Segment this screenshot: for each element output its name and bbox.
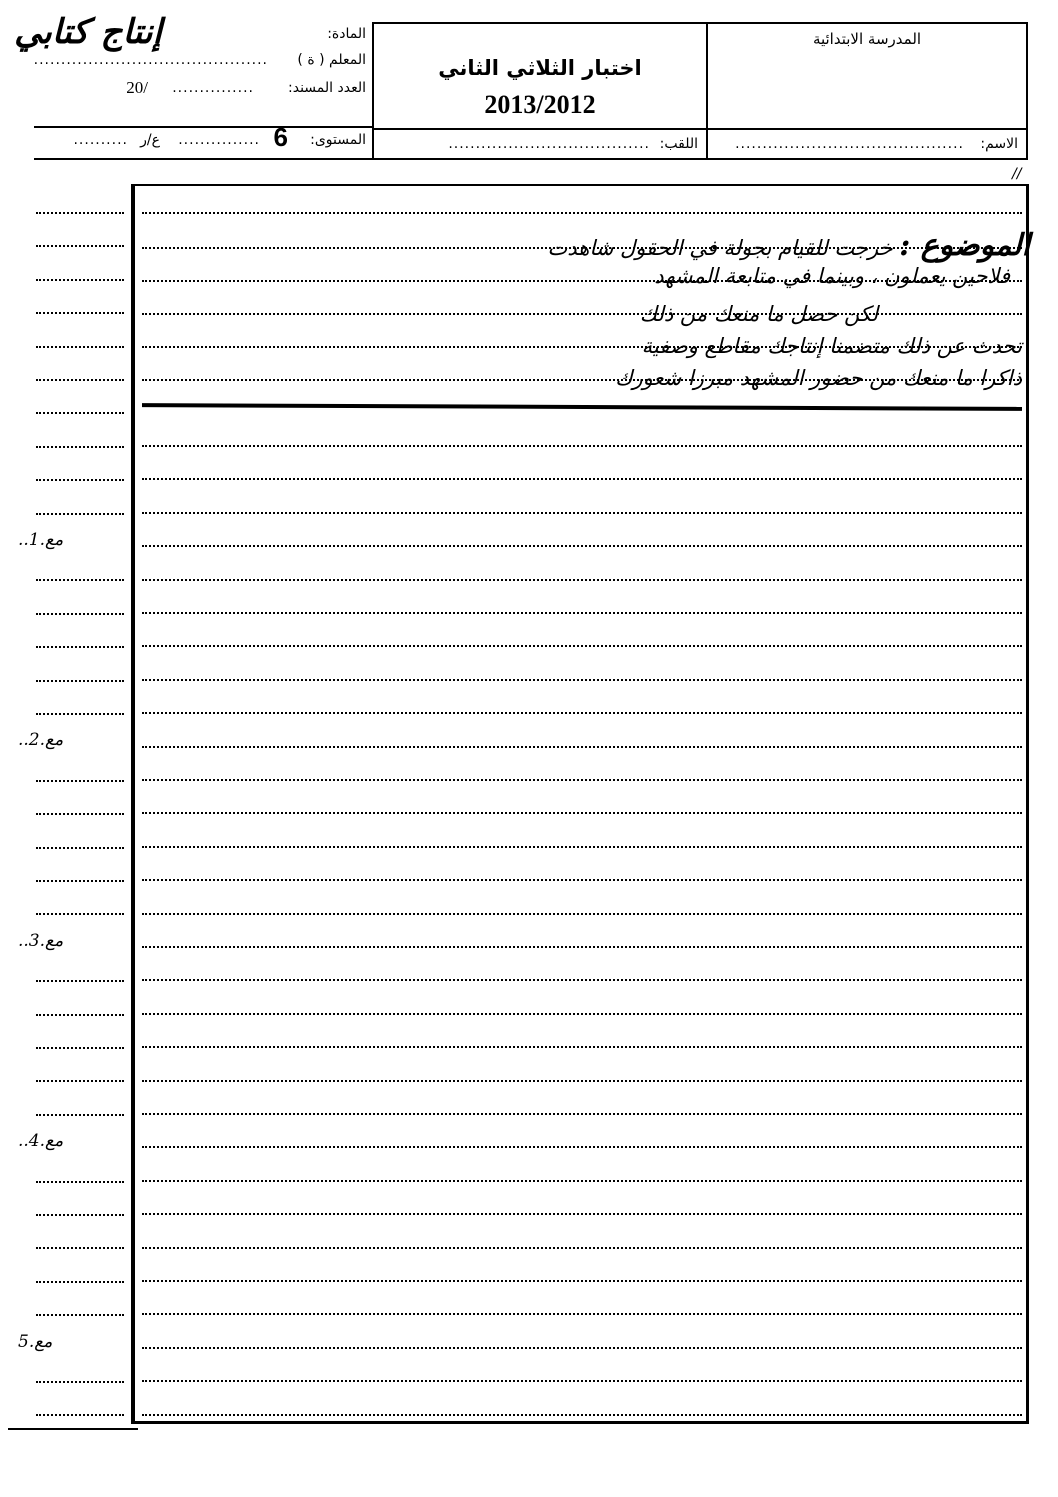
topic-line-1: الموضوع : خرجت للقيام بجولة في الحقول شا… (548, 228, 1031, 263)
margin-score-line[interactable] (36, 1402, 124, 1416)
margin-score-line[interactable] (36, 1068, 124, 1082)
corner-mark: // (1012, 166, 1021, 182)
margin-score-line[interactable] (36, 467, 124, 481)
margin-score-line[interactable] (36, 868, 124, 882)
margin-score-line[interactable] (36, 1002, 124, 1016)
answer-line[interactable] (142, 901, 1022, 915)
answer-line[interactable] (142, 734, 1022, 748)
margin-score-line[interactable] (36, 1369, 124, 1383)
margin-score-line[interactable] (36, 434, 124, 448)
answer-line[interactable] (142, 667, 1022, 681)
margin-score-line[interactable] (36, 968, 124, 982)
header-divider (374, 128, 706, 130)
criteria-label: ..2.مع (18, 730, 122, 750)
margin-score-line[interactable] (36, 1235, 124, 1249)
margin-score-line[interactable] (36, 267, 124, 281)
answer-line[interactable] (142, 1368, 1022, 1382)
answer-line[interactable] (142, 433, 1022, 447)
level-suffix-dots: .......... (73, 132, 128, 148)
subject-label: المادة: (327, 26, 366, 42)
subject-value: إنتاج كتابي (14, 12, 162, 52)
answer-line[interactable] (142, 1235, 1022, 1249)
answer-line[interactable] (142, 466, 1022, 480)
answer-line[interactable] (142, 1001, 1022, 1015)
surname-label: اللقب: (660, 136, 698, 152)
answer-line[interactable] (142, 700, 1022, 714)
answer-line[interactable] (142, 567, 1022, 581)
answer-line[interactable] (142, 934, 1022, 948)
margin-score-line[interactable] (36, 1202, 124, 1216)
margin-score-line[interactable] (36, 835, 124, 849)
school-name: المدرسة الابتدائية (708, 30, 1026, 48)
answer-line[interactable] (142, 1168, 1022, 1182)
margin-score-line[interactable] (36, 1035, 124, 1049)
answer-line[interactable] (142, 1068, 1022, 1082)
answer-line[interactable] (142, 967, 1022, 981)
criteria-label: ..3.مع (18, 931, 122, 951)
exam-year: 2013/2012 (374, 90, 706, 120)
exam-title: اختبار الثلاثي الثاني (374, 56, 706, 80)
name-field[interactable]: ........................................… (735, 136, 964, 152)
name-label: الاسم: (980, 136, 1018, 152)
topic-line-2: فلاحين يعملون ، وبينما في متابعة المشهد (654, 264, 1010, 288)
answer-line[interactable] (142, 1101, 1022, 1115)
level-value: 6 (274, 122, 288, 153)
answer-line[interactable] (142, 767, 1022, 781)
topic-line-5: ذاكرا ما منعك من حضور المشهد مبرزا شعورك (615, 366, 1022, 390)
answer-line[interactable] (142, 1034, 1022, 1048)
margin-score-line[interactable] (36, 1102, 124, 1116)
answer-line[interactable] (142, 1402, 1022, 1416)
header-exam-box: اختبار الثلاثي الثاني 2013/2012 اللقب: .… (372, 22, 708, 160)
margin-score-line[interactable] (36, 768, 124, 782)
level-suffix: ع/ر (140, 132, 160, 148)
surname-field[interactable]: ..................................... (448, 136, 650, 152)
header-divider (708, 128, 1026, 130)
topic-line-4: تحدث عن ذلك متضمنا إنتاجك مقاطع وصفية (642, 334, 1022, 358)
header-subject-box: إنتاج كتابي المادة: المعلم ( ة ) .......… (34, 22, 374, 160)
criteria-label: 5.مع (18, 1332, 122, 1352)
answer-line[interactable] (142, 1134, 1022, 1148)
margin-score-line[interactable] (36, 801, 124, 815)
margin-score-line[interactable] (36, 367, 124, 381)
margin-score-line[interactable] (36, 901, 124, 915)
teacher-field[interactable]: ........................................… (34, 52, 268, 68)
margin-score-line[interactable] (36, 567, 124, 581)
margin-score-line[interactable] (36, 300, 124, 314)
margin-score-line[interactable] (36, 1269, 124, 1283)
score-field[interactable]: ............... (172, 80, 254, 96)
answer-line[interactable] (142, 533, 1022, 547)
margin-score-line[interactable] (36, 400, 124, 414)
margin-score-line[interactable] (36, 1169, 124, 1183)
margin-score-line[interactable] (36, 1302, 124, 1316)
margin-score-line[interactable] (36, 601, 124, 615)
answer-line[interactable] (142, 633, 1022, 647)
margin-score-line[interactable] (36, 634, 124, 648)
answer-line[interactable] (142, 1201, 1022, 1215)
criteria-label: ..4.مع (18, 1131, 122, 1151)
margin-score-line[interactable] (36, 200, 124, 214)
criteria-label: ..1.مع (18, 530, 122, 550)
margin-score-line[interactable] (36, 501, 124, 515)
answer-line[interactable] (142, 1268, 1022, 1282)
header-divider (34, 126, 372, 128)
topic-ruled-line (142, 301, 1022, 315)
answer-line[interactable] (142, 1335, 1022, 1349)
answer-line[interactable] (142, 867, 1022, 881)
topic-line-3: لكن حصل ما منعك من ذلك (640, 302, 878, 326)
topic-title: الموضوع : (899, 228, 1030, 263)
answer-line[interactable] (142, 500, 1022, 514)
margin-rule (131, 184, 135, 1424)
level-dots: ............... (178, 132, 260, 148)
score-label: العدد المسند: (288, 80, 366, 96)
topic-text: خرجت للقيام بجولة في الحقول شاهدت (548, 236, 893, 260)
margin-score-line[interactable] (36, 233, 124, 247)
topic-ruled-line (142, 200, 1022, 214)
score-max: 20/ (126, 78, 148, 98)
margin-score-line[interactable] (36, 334, 124, 348)
header-school-box: المدرسة الابتدائية الاسم: ..............… (706, 22, 1028, 160)
margin-bottom-rule (8, 1428, 138, 1430)
answer-line[interactable] (142, 834, 1022, 848)
teacher-label: المعلم ( ة ) (297, 52, 366, 68)
margin-score-line[interactable] (36, 701, 124, 715)
level-label: المستوى: (310, 132, 366, 148)
answer-line[interactable] (142, 1301, 1022, 1315)
margin-score-line[interactable] (36, 668, 124, 682)
answer-line[interactable] (142, 800, 1022, 814)
answer-line[interactable] (142, 600, 1022, 614)
